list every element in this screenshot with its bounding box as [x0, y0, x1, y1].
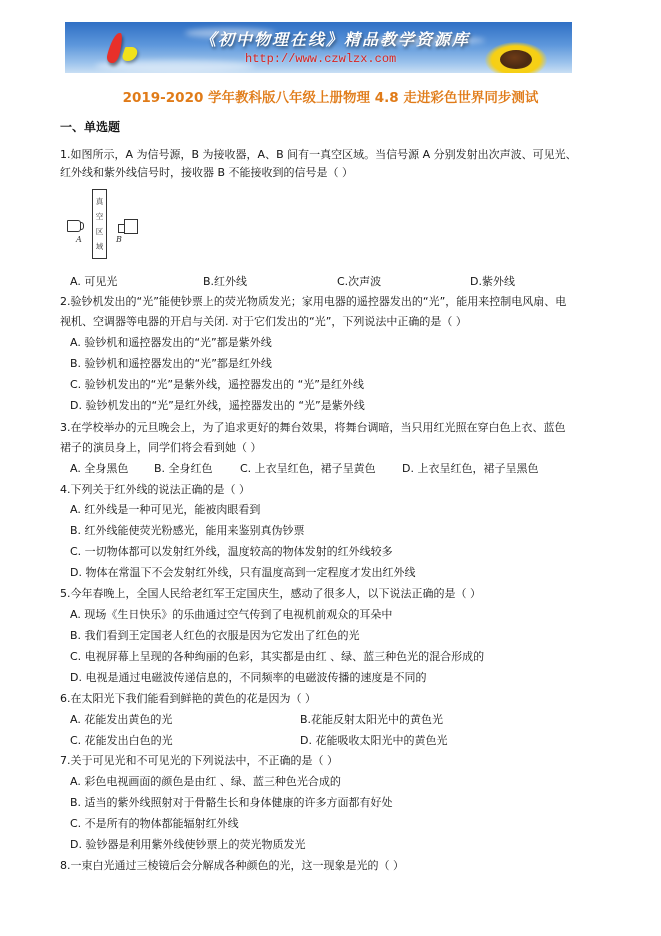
question-4-option-a[interactable]: A. 红外线是一种可见光，能被肉眼看到 — [70, 503, 260, 517]
vacuum-label-char: 空 — [96, 211, 104, 222]
question-7-option-a[interactable]: A. 彩色电视画面的颜色是由红 、绿、蓝三种色光合成的 — [70, 775, 341, 789]
question-6-option-d[interactable]: D. 花能吸收太阳光中的黄色光 — [300, 734, 447, 748]
banner-title: 《初中物理在线》精品教学资源库 — [200, 27, 480, 50]
question-1-option-c[interactable]: C.次声波 — [337, 275, 381, 289]
question-5-option-d[interactable]: D. 电视是通过电磁波传递信息的，不同频率的电磁波传播的速度是不同的 — [70, 671, 426, 685]
question-2-line-2: 视机、空调器等电器的开启与关闭. 对于它们发出的“光”，下列说法中正确的是（ ） — [60, 315, 467, 329]
question-6-option-a[interactable]: A. 花能发出黄色的光 — [70, 713, 172, 727]
vacuum-label-char: 真 — [96, 196, 104, 207]
question-8-line-1: 8.一束白光通过三棱镜后会分解成各种颜色的光，这一现象是光的（ ） — [60, 859, 404, 873]
label-a: A — [76, 235, 82, 244]
header-banner: 《初中物理在线》精品教学资源库 http://www.czwlzx.com — [65, 22, 572, 73]
question-3-line-1: 3.在学校举办的元旦晚会上，为了追求更好的舞台效果，将舞台调暗，当只用红光照在穿… — [60, 421, 566, 435]
question-3-option-b[interactable]: B. 全身红色 — [154, 462, 213, 476]
question-4-option-c[interactable]: C. 一切物体都可以发射红外线，温度较高的物体发射的红外线较多 — [70, 545, 393, 559]
question-2-option-b[interactable]: B. 验钞机和遥控器发出的“光”都是红外线 — [70, 357, 272, 371]
sunflower-image — [485, 42, 547, 73]
signal-source-icon — [67, 220, 81, 232]
question-1-option-b[interactable]: B.红外线 — [203, 275, 247, 289]
vacuum-label-char: 域 — [96, 241, 104, 252]
question-1-option-a[interactable]: A. 可见光 — [70, 275, 117, 289]
question-7-option-c[interactable]: C. 不是所有的物体都能辐射红外线 — [70, 817, 239, 831]
logo-icon-accent — [121, 47, 140, 61]
document-title: 2019-2020 学年教科版八年级上册物理 4.8 走进彩色世界同步测试 — [0, 86, 661, 106]
sunflower-center — [500, 50, 532, 69]
question-4-line-1: 4.下列关于红外线的说法正确的是（ ） — [60, 483, 250, 497]
question-6-option-c[interactable]: C. 花能发出白色的光 — [70, 734, 173, 748]
question-3-option-c[interactable]: C. 上衣呈红色，裙子呈黄色 — [240, 462, 376, 476]
question-7-option-d[interactable]: D. 验钞器是利用紫外线使钞票上的荧光物质发光 — [70, 838, 305, 852]
question-6-line-1: 6.在太阳光下我们能看到鲜艳的黄色的花是因为（ ） — [60, 692, 316, 706]
banner-url: http://www.czwlzx.com — [245, 52, 396, 66]
signal-diagram: A 真 空 区 域 B — [60, 188, 150, 262]
question-2-line-1: 2.验钞机发出的“光”能使钞票上的荧光物质发光；家用电器的遥控器发出的“光”，能… — [60, 295, 566, 309]
question-5-option-b[interactable]: B. 我们看到王定国老人红色的衣服是因为它发出了红色的光 — [70, 629, 360, 643]
question-7-line-1: 7.关于可见光和不可见光的下列说法中，不正确的是（ ） — [60, 754, 338, 768]
question-2-option-a[interactable]: A. 验钞机和遥控器发出的“光”都是紫外线 — [70, 336, 272, 350]
label-b: B — [116, 235, 122, 244]
question-1-option-d[interactable]: D.紫外线 — [470, 275, 515, 289]
question-5-option-a[interactable]: A. 现场《生日快乐》的乐曲通过空气传到了电视机前观众的耳朵中 — [70, 608, 392, 622]
question-3-line-2: 裙子的演员身上，同学们将会看到她（ ） — [60, 441, 262, 455]
question-2-option-d[interactable]: D. 验钞机发出的“光”是红外线，遥控器发出的 “光”是紫外线 — [70, 399, 365, 413]
question-6-option-b[interactable]: B.花能反射太阳光中的黄色光 — [300, 713, 443, 727]
cloud-decoration — [95, 60, 255, 72]
question-2-option-c[interactable]: C. 验钞机发出的“光”是紫外线，遥控器发出的 “光”是红外线 — [70, 378, 364, 392]
question-3-option-d[interactable]: D. 上衣呈红色，裙子呈黑色 — [402, 462, 538, 476]
question-1-line-1: 1.如图所示，A 为信号源，B 为接收器，A、B 间有一真空区域。当信号源 A … — [60, 148, 577, 162]
section-heading: 一、单选题 — [60, 118, 120, 135]
question-7-option-b[interactable]: B. 适当的紫外线照射对于骨骼生长和身体健康的许多方面都有好处 — [70, 796, 393, 810]
question-5-line-1: 5.今年春晚上，全国人民给老红军王定国庆生，感动了很多人，以下说法正确的是（ ） — [60, 587, 481, 601]
question-3-option-a[interactable]: A. 全身黑色 — [70, 462, 128, 476]
question-4-option-b[interactable]: B. 红外线能使荧光粉感光，能用来鉴别真伪钞票 — [70, 524, 305, 538]
question-4-option-d[interactable]: D. 物体在常温下不会发射红外线，只有温度高到一定程度才发出红外线 — [70, 566, 415, 580]
signal-source-emitter-icon — [80, 222, 84, 230]
vacuum-label-char: 区 — [96, 226, 104, 237]
question-1-line-2: 红外线和紫外线信号时，接收器 B 不能接收到的信号是（ ） — [60, 166, 353, 180]
receiver-icon — [124, 219, 138, 234]
vacuum-region: 真 空 区 域 — [92, 189, 107, 259]
question-5-option-c[interactable]: C. 电视屏幕上呈现的各种绚丽的色彩，其实都是由红 、绿、蓝三种色光的混合形成的 — [70, 650, 484, 664]
